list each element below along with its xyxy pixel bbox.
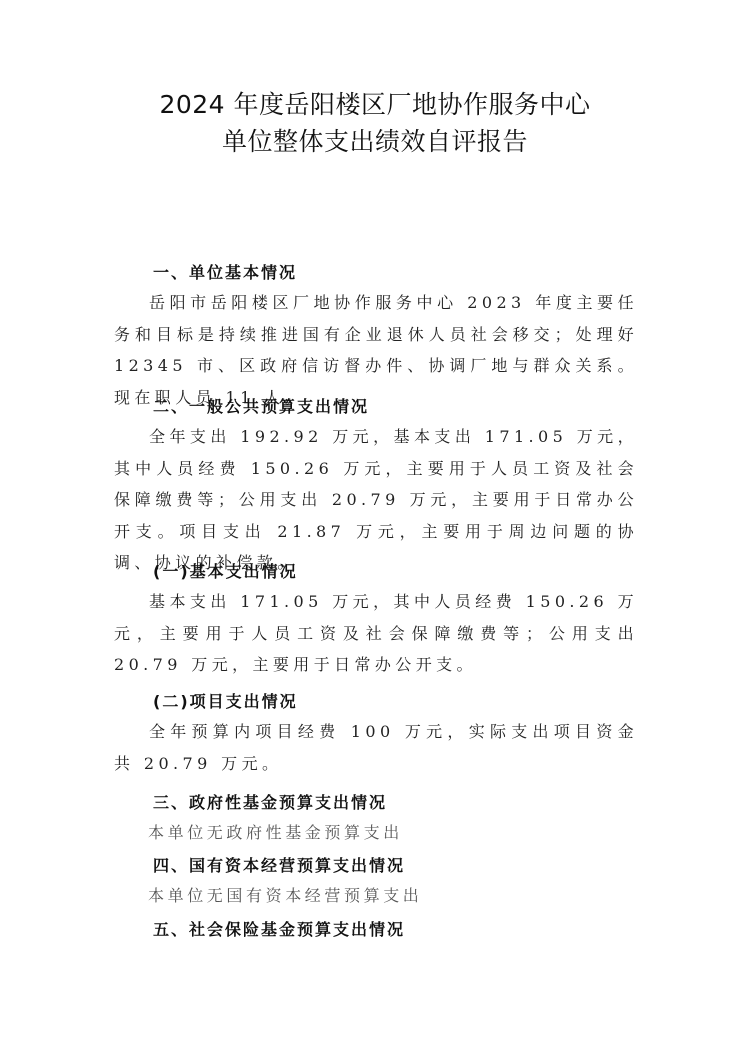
- document-title-line-2: 单位整体支出绩效自评报告: [0, 125, 750, 159]
- subsection-2-1-heading: (一)基本支出情况: [153, 561, 298, 583]
- document-page: 2024 年度岳阳楼区厂地协作服务中心 单位整体支出绩效自评报告 一、单位基本情…: [0, 0, 750, 1061]
- section-1-heading: 一、单位基本情况: [153, 262, 297, 284]
- section-4-heading: 四、国有资本经营预算支出情况: [153, 855, 405, 877]
- document-title-line-1: 2024 年度岳阳楼区厂地协作服务中心: [0, 88, 750, 122]
- subsection-2-1-body: 基本支出 171.05 万元，其中人员经费 150.26 万元，主要用于人员工资…: [114, 586, 638, 681]
- section-1-body: 岳阳市岳阳楼区厂地协作服务中心 2023 年度主要任务和目标是持续推进国有企业退…: [114, 287, 638, 413]
- section-2-body: 全年支出 192.92 万元，基本支出 171.05 万元，其中人员经费 150…: [114, 421, 638, 579]
- section-3-heading: 三、政府性基金预算支出情况: [153, 792, 387, 814]
- section-3-body: 本单位无政府性基金预算支出: [148, 817, 672, 849]
- section-5-heading: 五、社会保险基金预算支出情况: [153, 919, 405, 941]
- section-2-heading: 二、一般公共预算支出情况: [153, 396, 369, 418]
- subsection-2-2-heading: (二)项目支出情况: [153, 691, 298, 713]
- subsection-2-2-body: 全年预算内项目经费 100 万元，实际支出项目资金共 20.79 万元。: [114, 716, 638, 779]
- section-4-body: 本单位无国有资本经营预算支出: [148, 880, 672, 912]
